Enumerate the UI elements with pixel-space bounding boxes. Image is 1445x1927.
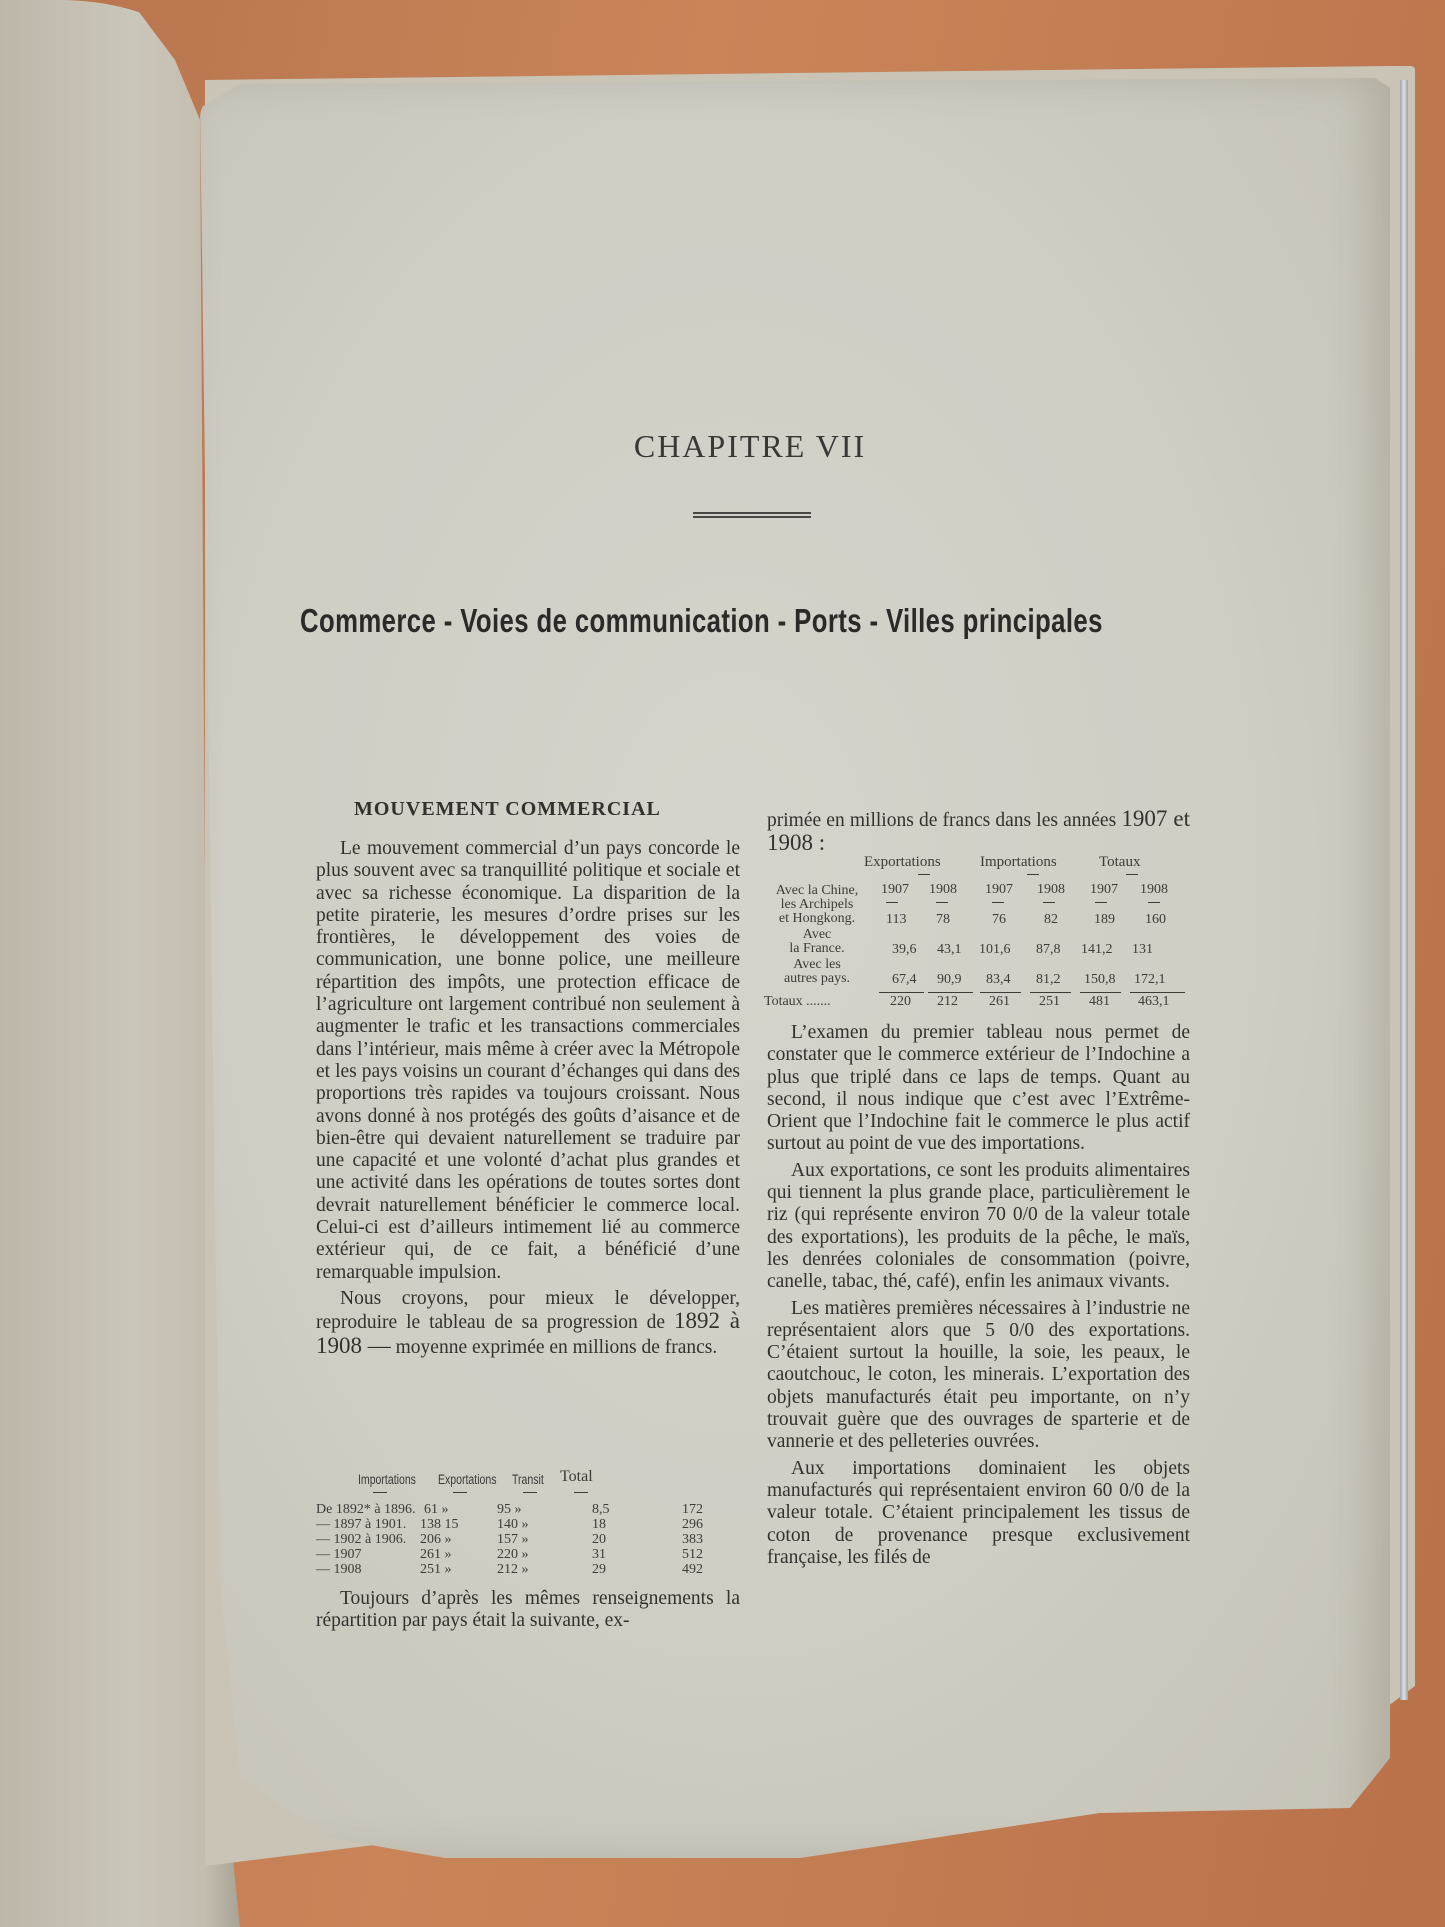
paragraph: Les matières premières nécessaires à l’i…	[767, 1298, 1190, 1454]
col-header-transit: Transit	[512, 1472, 544, 1487]
right-column: L’examen du premier tableau nous permet …	[767, 1022, 1190, 1573]
table-cell: 78	[936, 912, 950, 928]
table-row: — 1902 à 1906. 206 » 157 » 20 383	[316, 1532, 746, 1547]
col-header-total: Total	[560, 1468, 593, 1486]
left-column: Le mouvement commercial d’un pays concor…	[316, 838, 740, 1363]
total-cell: 261	[989, 994, 1010, 1010]
cell-importations: 261 »	[420, 1547, 452, 1563]
table-cell: 67,4	[892, 972, 917, 988]
cell-transit: 8,5	[592, 1502, 610, 1518]
cell-total: 296	[682, 1517, 703, 1533]
table-cell: 131	[1132, 942, 1153, 958]
total-cell: 463,1	[1138, 994, 1170, 1010]
table-cell: 150,8	[1084, 972, 1116, 988]
cell-period: — 1902 à 1906.	[316, 1532, 406, 1548]
year-header: 1907	[881, 882, 909, 898]
cell-importations: 138 15	[420, 1517, 459, 1533]
table-cell: 172,1	[1134, 972, 1166, 988]
left-column-closing: Toujours d’après les mêmes renseignement…	[316, 1588, 740, 1637]
paragraph: primée en millions de francs dans les an…	[767, 808, 1190, 857]
table-cell: 141,2	[1081, 942, 1113, 958]
cell-transit: 31	[592, 1547, 606, 1563]
table-row: — 1908 251 » 212 » 29 492	[316, 1562, 746, 1577]
cell-total: 492	[682, 1562, 703, 1578]
table-cell: 101,6	[979, 942, 1011, 958]
col-header-exportations: Exportations	[438, 1472, 497, 1487]
cell-exportations: 140 »	[497, 1517, 529, 1533]
cell-importations: 61 »	[424, 1502, 449, 1518]
page-content: CHAPITRE VII Commerce - Voies de communi…	[0, 0, 1445, 1927]
paragraph: Aux importations dominaient les objets m…	[767, 1458, 1190, 1569]
table-row: — 1897 à 1901. 138 15 140 » 18 296	[316, 1517, 746, 1532]
table-cell: 160	[1145, 912, 1166, 928]
year-header: 1907	[985, 882, 1013, 898]
table-row: — 1907 261 » 220 » 31 512	[316, 1547, 746, 1562]
paragraph: L’examen du premier tableau nous permet …	[767, 1022, 1190, 1156]
paragraph: Aux exportations, ce sont les produits a…	[767, 1160, 1190, 1294]
col-header-importations: Importations	[358, 1472, 416, 1487]
paragraph-text: moyenne exprimée en millions de francs.	[396, 1337, 718, 1358]
paragraph: Nous croyons, pour mieux le développer, …	[316, 1288, 740, 1359]
total-cell: 481	[1089, 994, 1110, 1010]
cell-exportations: 157 »	[497, 1532, 529, 1548]
year-header: 1908	[1140, 882, 1168, 898]
double-rule-divider	[693, 512, 811, 518]
row-label-france: Avecla France.	[762, 928, 872, 956]
row-label-autres-pays: Avec lesautres pays.	[762, 958, 872, 986]
totals-label: Totaux .......	[764, 994, 831, 1010]
cell-total: 383	[682, 1532, 703, 1548]
cell-transit: 18	[592, 1517, 606, 1533]
cell-exportations: 212 »	[497, 1562, 529, 1578]
table-cell: 76	[992, 912, 1006, 928]
progression-table: Importations Exportations Transit Total …	[316, 1468, 746, 1577]
table-cell: 189	[1094, 912, 1115, 928]
table-header: Importations Exportations Transit Total	[316, 1468, 746, 1502]
chapter-title: Commerce - Voies de communication - Port…	[300, 602, 1002, 640]
cell-period: — 1907	[316, 1547, 362, 1563]
chapter-label: CHAPITRE VII	[400, 428, 1100, 465]
total-cell: 220	[890, 994, 911, 1010]
year-header: 1908	[1037, 882, 1065, 898]
year-header: 1907	[1090, 882, 1118, 898]
cell-total: 512	[682, 1547, 703, 1563]
paragraph: Toujours d’après les mêmes renseignement…	[316, 1588, 740, 1633]
cell-period: — 1897 à 1901.	[316, 1517, 406, 1533]
cell-exportations: 220 »	[497, 1547, 529, 1563]
row-label-chine: Avec la Chine,les Archipelset Hongkong.	[762, 884, 872, 926]
table-cell: 39,6	[892, 942, 917, 958]
table-cell: 113	[886, 912, 906, 928]
paragraph: Le mouvement commercial d’un pays concor…	[316, 838, 740, 1284]
cell-period: De 1892* à 1896.	[316, 1502, 416, 1518]
table-cell: 82	[1044, 912, 1058, 928]
table-cell: 81,2	[1036, 972, 1061, 988]
group-header-exportations: Exportations	[864, 854, 941, 871]
table-cell: 83,4	[986, 972, 1011, 988]
cell-exportations: 95 »	[497, 1502, 522, 1518]
cell-transit: 20	[592, 1532, 606, 1548]
group-header-totaux: Totaux	[1099, 854, 1140, 871]
year-header: 1908	[929, 882, 957, 898]
cell-importations: 206 »	[420, 1532, 452, 1548]
cell-transit: 29	[592, 1562, 606, 1578]
table-row: De 1892* à 1896. 61 » 95 » 8,5 172	[316, 1502, 746, 1517]
cell-total: 172	[682, 1502, 703, 1518]
right-column-intro: primée en millions de francs dans les an…	[767, 808, 1190, 861]
table-cell: 43,1	[937, 942, 962, 958]
cell-importations: 251 »	[420, 1562, 452, 1578]
table-cell: 90,9	[937, 972, 962, 988]
table-cell: 87,8	[1036, 942, 1061, 958]
total-cell: 251	[1039, 994, 1060, 1010]
section-heading: MOUVEMENT COMMERCIAL	[354, 798, 661, 821]
cell-period: — 1908	[316, 1562, 362, 1578]
paragraph-text: primée en millions de francs dans les an…	[767, 810, 1116, 831]
group-header-importations: Importations	[980, 854, 1057, 871]
total-cell: 212	[937, 994, 958, 1010]
